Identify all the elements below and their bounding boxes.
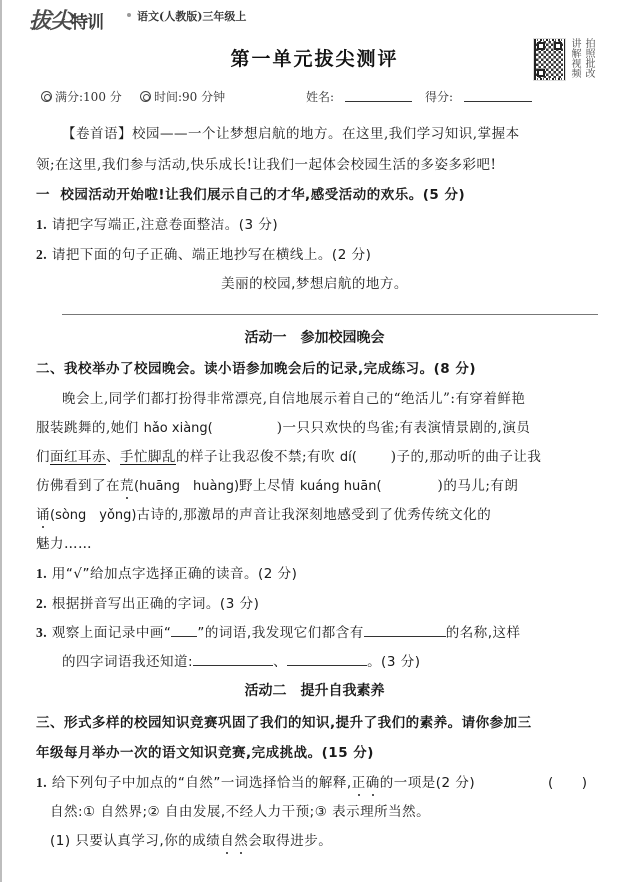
pronunciation-choice[interactable]: (huāng huàng) <box>134 479 239 494</box>
question-number: 1. <box>36 775 47 790</box>
section-2-question-1: 1. 用“√”给加点字选择正确的读音。(2 分) <box>36 562 297 582</box>
question-text: (1) 只要认真学习,你的成绩 <box>50 833 220 849</box>
copy-sentence: 美丽的校园,梦想启航的地方。 <box>0 272 629 292</box>
qr-caption-grade: 拍照批改 <box>582 38 594 78</box>
passage-line-4: 仿佛看到了在荒(huāng huàng)野上尽情 kuáng huān()的马儿… <box>36 474 518 494</box>
question-text: 会取得进步。 <box>248 833 332 849</box>
answer-blank[interactable] <box>364 625 446 637</box>
passage-text: 服装跳舞的,她们 <box>36 420 144 436</box>
passage-text: 们 <box>36 449 50 465</box>
section-2-question-2: 2. 根据拼音写出正确的字词。(3 分) <box>36 592 259 612</box>
question-text: 的名称,这样 <box>446 625 521 641</box>
answer-blank[interactable] <box>193 654 273 666</box>
qr-caption: 讲解视频 拍照批改 <box>568 38 606 78</box>
preface-line-1: 【卷首语】校园——一个让梦想启航的地方。在这里,我们学习知识,掌握本 <box>62 122 520 142</box>
passage-text: 野上尽情 <box>239 478 300 494</box>
section-1-heading-text: 校园活动开始啦!让我们展示自己的才华,感受活动的欢乐。(5 分) <box>60 187 465 203</box>
section-3-heading-line-2: 年级每月举办一次的语文知识竞赛,完成挑战。(15 分) <box>36 741 374 761</box>
double-circle-icon <box>140 91 151 102</box>
logo-part-1: 拔尖 <box>29 9 71 34</box>
question-text: 请把字写端正,注意卷面整洁。(3 分) <box>52 217 278 233</box>
answer-blank[interactable] <box>287 654 367 666</box>
question-number: 3. <box>36 625 47 640</box>
section-3-heading-line-1: 三、形式多样的校园知识竞赛巩固了我们的知识,提升了我们的素养。请你参加三 <box>36 711 532 731</box>
question-text: ”的词语,我发现它们都含有 <box>197 625 363 641</box>
question-number: 1. <box>36 217 47 232</box>
passage-text: 仿佛看到了在 <box>36 478 120 494</box>
passage-text: 古诗的,那激昂的声音让我深刻地感受到了优秀传统文化的 <box>137 507 492 523</box>
definitions: 自然:① 自然界;② 自由发展,不经人力干预;③ 表示理所当然。 <box>50 800 430 820</box>
dotted-character: 然 <box>234 833 248 849</box>
answer-parentheses[interactable]: ( ) <box>548 771 588 791</box>
section-1-number: 一 <box>36 187 50 203</box>
question-number: 2. <box>36 596 47 611</box>
underlined-idiom-2: 手忙脚乱 <box>120 449 176 465</box>
section-2-question-3-cont: 的四字词语我还知道:、。(3 分) <box>62 650 420 670</box>
qr-code-icon[interactable] <box>533 38 566 81</box>
bullet-dot-icon <box>127 13 131 17</box>
section-2-question-3: 3. 观察上面记录中画“”的词语,我发现它们都含有的名称,这样 <box>36 621 521 641</box>
section-1-question-2: 2. 请把下面的句子正确、端正地抄写在横线上。(2 分) <box>36 243 371 263</box>
pronunciation-choice[interactable]: (sòng yǒng) <box>50 508 137 523</box>
qr-caption-video-text: 讲解视频 <box>568 38 580 78</box>
passage-line-5: 诵(sòng yǒng)古诗的,那激昂的声音让我深刻地感受到了优秀传统文化的 <box>36 503 491 523</box>
book-label: 语文(人教版)三年级上 <box>137 8 246 24</box>
section-3-question-1: 1. 给下列句子中加点的“自然”一词选择恰当的解释,正确的一项是(2 分) <box>36 771 475 791</box>
dotted-character: 确 <box>366 775 380 791</box>
dotted-character: 荒 <box>120 478 134 494</box>
question-text: 根据拼音写出正确的字词。(3 分) <box>52 596 259 612</box>
question-text: 的四字词语我还知道: <box>62 654 193 670</box>
name-label: 姓名: <box>306 88 334 105</box>
question-number: 2. <box>36 247 47 262</box>
passage-line-3: 们面红耳赤、手忙脚乱的样子让我忍俊不禁;有吹 dí()子的,那动听的曲子让我 <box>36 445 541 465</box>
underlined-idiom-1: 面红耳赤 <box>50 449 106 465</box>
exam-time-text: 时间:90 分钟 <box>154 90 225 104</box>
passage-text: )子的,那动听的曲子让我 <box>391 449 542 465</box>
question-text: 。(3 分) <box>367 654 420 670</box>
question-text: 的一项是(2 分) <box>380 775 475 791</box>
full-score: 满分:100 分 <box>41 88 122 105</box>
section-1-question-1: 1. 请把字写端正,注意卷面整洁。(3 分) <box>36 213 278 233</box>
name-field[interactable] <box>345 101 412 102</box>
pinyin-prompt: hǎo xiàng( <box>144 421 213 436</box>
question-text: 给下列句子中加点的“自然”一词选择恰当的解释, <box>52 775 352 791</box>
passage-line-6: 魅力…… <box>36 532 92 552</box>
double-circle-icon <box>41 91 52 102</box>
full-score-text: 满分:100 分 <box>55 90 122 104</box>
passage-line-1: 晚会上,同学们都打扮得非常漂亮,自信地展示着自己的“绝活儿”:有穿着鲜艳 <box>62 387 525 407</box>
logo-part-2: 特训 <box>71 13 103 33</box>
section-1-heading: 一 校园活动开始啦!让我们展示自己的才华,感受活动的欢乐。(5 分) <box>36 183 465 203</box>
exam-time: 时间:90 分钟 <box>140 88 225 105</box>
sub-question-1: (1) 只要认真学习,你的成绩自然会取得进步。 <box>50 829 332 849</box>
underline-sample <box>171 625 197 637</box>
passage-text: 、 <box>106 449 120 465</box>
question-text: 观察上面记录中画“ <box>52 625 172 641</box>
score-field[interactable] <box>464 101 532 102</box>
qr-caption-grade-text: 拍照批改 <box>582 38 594 78</box>
brand-logo: 拔尖特训 <box>29 4 103 35</box>
activity-1-title: 活动一 参加校园晚会 <box>0 327 629 347</box>
passage-text: )一只只欢快的鸟雀;有表演情景剧的,演员 <box>277 420 531 436</box>
preface-tag: 【卷首语】 <box>62 126 132 142</box>
dotted-character: 自 <box>220 833 234 849</box>
activity-2-title: 活动二 提升自我素养 <box>0 680 629 700</box>
question-text: 、 <box>273 654 287 670</box>
qr-caption-video: 讲解视频 <box>568 38 580 78</box>
question-text: 用“√”给加点字选择正确的读音。(2 分) <box>52 566 298 582</box>
passage-line-2: 服装跳舞的,她们 hǎo xiàng()一只只欢快的鸟雀;有表演情景剧的,演员 <box>36 416 530 436</box>
score-label: 得分: <box>425 88 453 105</box>
pinyin-prompt: dí( <box>340 450 357 465</box>
writing-line[interactable] <box>62 314 598 315</box>
passage-text: 的样子让我忍俊不禁;有吹 <box>176 449 340 465</box>
question-number: 1. <box>36 566 47 581</box>
section-2-heading: 二、我校举办了校园晚会。读小语参加晚会后的记录,完成练习。(8 分) <box>36 357 476 377</box>
preface-text-1: 校园——一个让梦想启航的地方。在这里,我们学习知识,掌握本 <box>132 126 520 142</box>
dotted-character: 诵 <box>36 507 50 523</box>
passage-text: )的马儿;有朗 <box>438 478 519 494</box>
page-left-border <box>0 0 2 882</box>
dotted-character: 正 <box>352 775 366 791</box>
question-text: 请把下面的句子正确、端正地抄写在横线上。(2 分) <box>52 247 371 263</box>
preface-line-2: 领;在这里,我们参与活动,快乐成长!让我们一起体会校园生活的多姿多彩吧! <box>36 153 496 173</box>
pinyin-prompt: kuáng huān( <box>300 479 382 494</box>
